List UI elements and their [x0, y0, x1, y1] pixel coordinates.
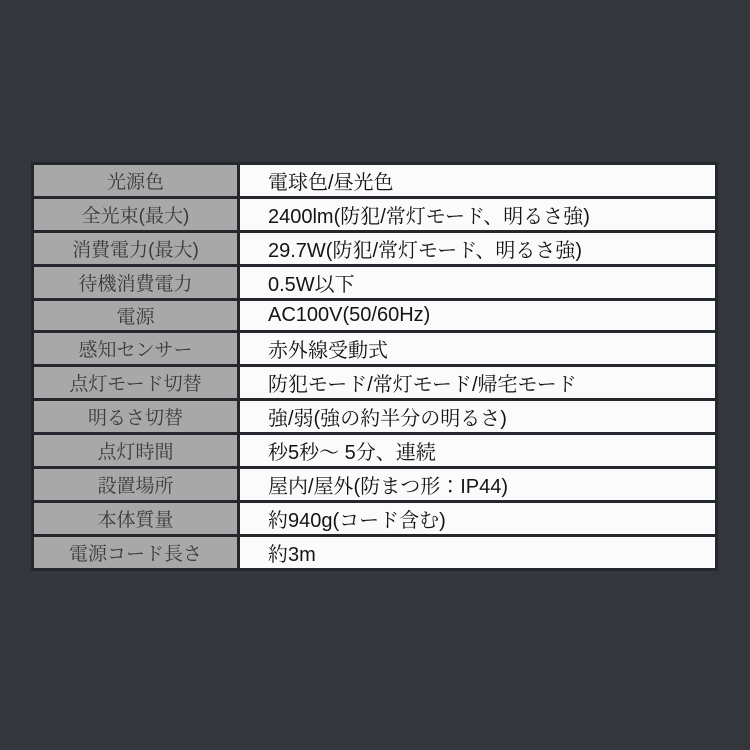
table-row: 待機消費電力0.5W以下: [33, 266, 717, 300]
spec-label: 感知センサー: [33, 332, 239, 366]
spec-value: 赤外線受動式: [239, 332, 717, 366]
spec-value: 0.5W以下: [239, 266, 717, 300]
table-row: 設置場所屋内/屋外(防まつ形：IP44): [33, 468, 717, 502]
table-row: 点灯モード切替防犯モード/常灯モード/帰宅モード: [33, 366, 717, 400]
table-row: 点灯時間秒5秒〜 5分、連続: [33, 434, 717, 468]
table-row: 電源コード長さ約3m: [33, 536, 717, 570]
spec-value: 電球色/昼光色: [239, 164, 717, 198]
table-row: 消費電力(最大)29.7W(防犯/常灯モード、明るさ強): [33, 232, 717, 266]
spec-value: 屋内/屋外(防まつ形：IP44): [239, 468, 717, 502]
page-background: { "colors": { "background": "#33373c", "…: [0, 0, 750, 750]
spec-value: 防犯モード/常灯モード/帰宅モード: [239, 366, 717, 400]
spec-value: 29.7W(防犯/常灯モード、明るさ強): [239, 232, 717, 266]
spec-value: 約940g(コード含む): [239, 502, 717, 536]
table-row: 全光束(最大)2400lm(防犯/常灯モード、明るさ強): [33, 198, 717, 232]
spec-value: 約3m: [239, 536, 717, 570]
table-row: 光源色電球色/昼光色: [33, 164, 717, 198]
spec-label: 明るさ切替: [33, 400, 239, 434]
spec-label: 消費電力(最大): [33, 232, 239, 266]
spec-label: 設置場所: [33, 468, 239, 502]
spec-table: 光源色電球色/昼光色全光束(最大)2400lm(防犯/常灯モード、明るさ強)消費…: [31, 162, 718, 571]
spec-value: 強/弱(強の約半分の明るさ): [239, 400, 717, 434]
table-row: 電源AC100V(50/60Hz): [33, 300, 717, 332]
spec-label: 電源: [33, 300, 239, 332]
spec-label: 点灯モード切替: [33, 366, 239, 400]
table-row: 感知センサー赤外線受動式: [33, 332, 717, 366]
spec-label: 本体質量: [33, 502, 239, 536]
table-row: 明るさ切替強/弱(強の約半分の明るさ): [33, 400, 717, 434]
spec-value: 2400lm(防犯/常灯モード、明るさ強): [239, 198, 717, 232]
spec-label: 光源色: [33, 164, 239, 198]
spec-label: 電源コード長さ: [33, 536, 239, 570]
spec-value: 秒5秒〜 5分、連続: [239, 434, 717, 468]
spec-label: 点灯時間: [33, 434, 239, 468]
spec-label: 全光束(最大): [33, 198, 239, 232]
spec-value: AC100V(50/60Hz): [239, 300, 717, 332]
table-row: 本体質量約940g(コード含む): [33, 502, 717, 536]
spec-label: 待機消費電力: [33, 266, 239, 300]
spec-table-body: 光源色電球色/昼光色全光束(最大)2400lm(防犯/常灯モード、明るさ強)消費…: [33, 164, 717, 570]
